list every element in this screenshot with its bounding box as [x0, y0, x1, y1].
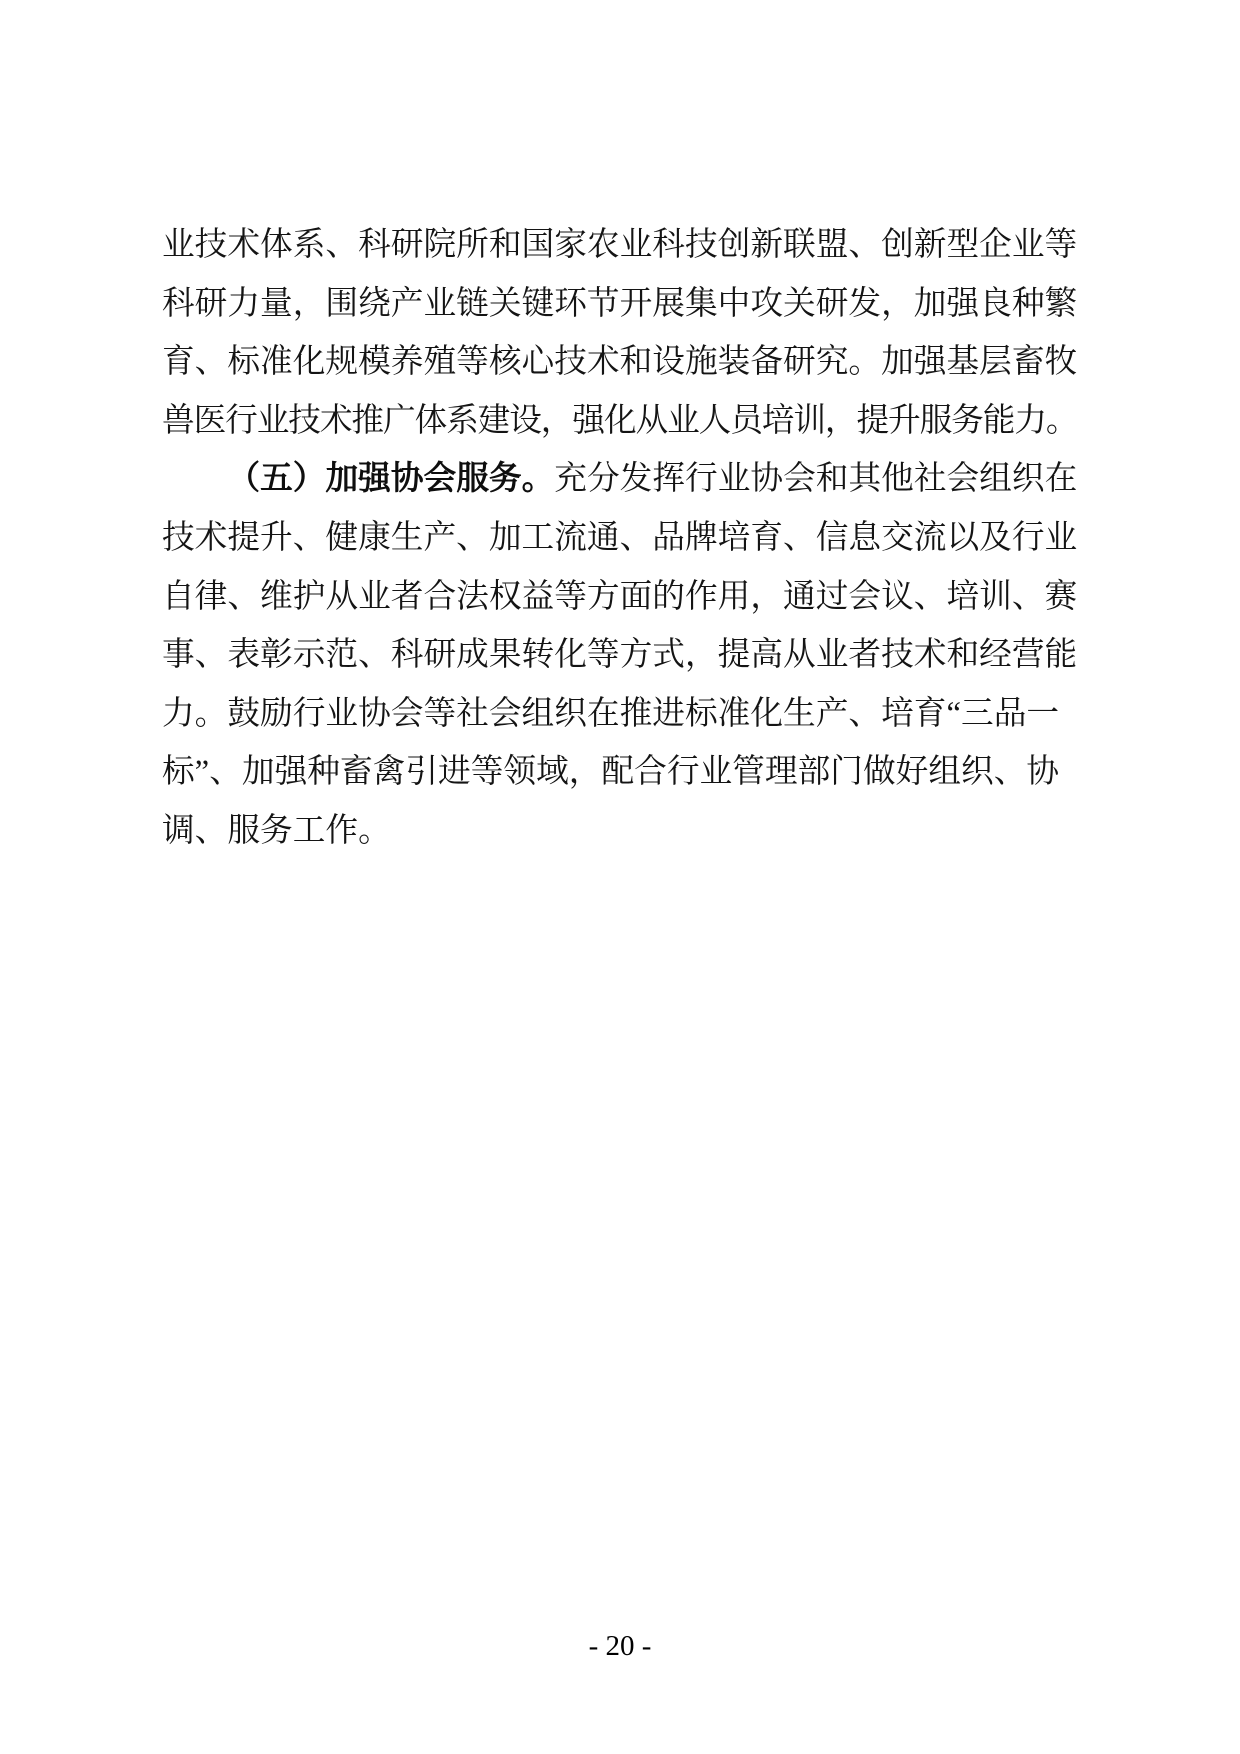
text-line: 力。鼓励行业协会等社会组织在推进标准化生产、培育“三品一: [162, 685, 1078, 744]
text-line: 业技术体系、科研院所和国家农业科技创新联盟、创新型企业等: [162, 216, 1078, 275]
document-body: 业技术体系、科研院所和国家农业科技创新联盟、创新型企业等 科研力量，围绕产业链关…: [162, 216, 1078, 861]
text-line: 科研力量，围绕产业链关键环节开展集中攻关研发，加强良种繁: [162, 275, 1078, 334]
page-number: - 20 -: [0, 1629, 1240, 1663]
text-line: 技术提升、健康生产、加工流通、品牌培育、信息交流以及行业: [162, 509, 1078, 568]
text-line-section-start: （五）加强协会服务。充分发挥行业协会和其他社会组织在: [162, 450, 1078, 509]
text-line: 育、标准化规模养殖等核心技术和设施装备研究。加强基层畜牧: [162, 333, 1078, 392]
text-line: 自律、维护从业者合法权益等方面的作用，通过会议、培训、赛: [162, 568, 1078, 627]
document-page: 业技术体系、科研院所和国家农业科技创新联盟、创新型企业等 科研力量，围绕产业链关…: [0, 0, 1240, 1754]
text-line: 事、表彰示范、科研成果转化等方式，提高从业者技术和经营能: [162, 626, 1078, 685]
section-heading: （五）加强协会服务。: [227, 461, 554, 497]
text-line: 兽医行业技术推广体系建设，强化从业人员培训，提升服务能力。: [162, 392, 1078, 451]
text-line: 调、服务工作。: [162, 802, 1078, 861]
section-body-start: 充分发挥行业协会和其他社会组织在: [554, 461, 1077, 497]
text-line: 标”、加强种畜禽引进等领域，配合行业管理部门做好组织、协: [162, 743, 1078, 802]
